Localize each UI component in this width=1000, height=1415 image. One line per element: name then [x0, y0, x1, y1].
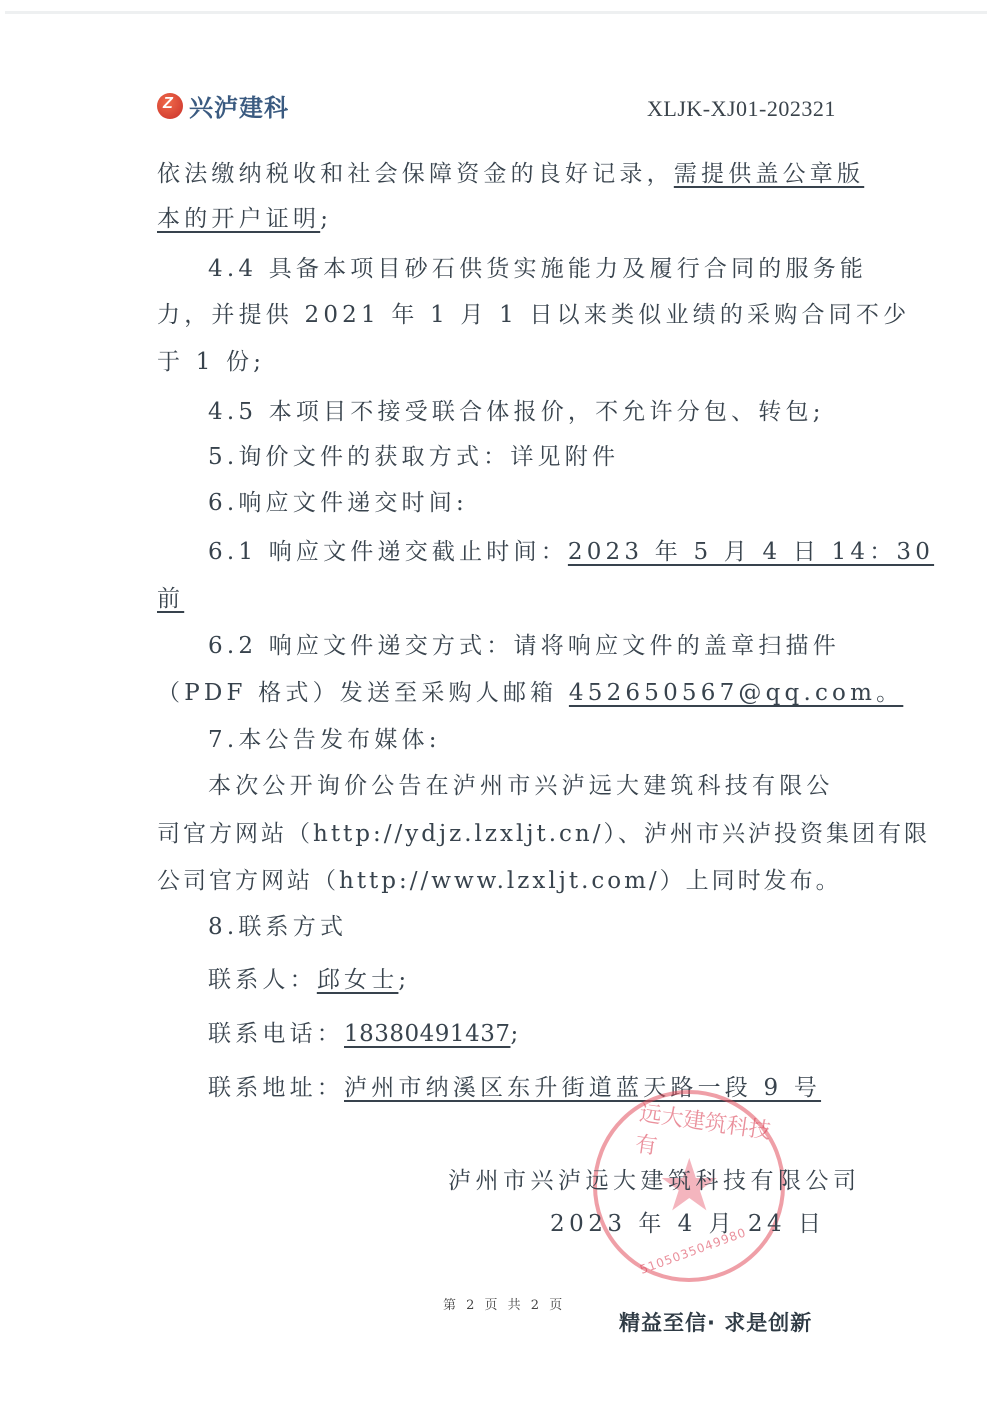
- contact-phone: 联系电话：18380491437;: [208, 1015, 522, 1048]
- deadline-text: 2023 年 5 月 4 日 14：30: [568, 539, 934, 565]
- footer-slogan: 精益至信· 求是创新: [619, 1307, 812, 1337]
- contact-person-value: 邱女士: [317, 967, 399, 993]
- section-7: 7.本公告发布媒体:: [208, 721, 441, 754]
- section-7-line2: 司官方网站（http://ydjz.lzxljt.cn/）、泸州市兴泸投资集团有…: [157, 815, 930, 848]
- text: ;: [320, 206, 332, 232]
- section-8: 8.联系方式: [208, 908, 347, 941]
- text: （PDF 格式）发送至采购人邮箱: [157, 680, 569, 706]
- body-line: 依法缴纳税收和社会保障资金的良好记录，需提供盖公章版: [157, 155, 864, 188]
- clause-6-2-line2: （PDF 格式）发送至采购人邮箱 452650567@qq.com。: [157, 674, 903, 707]
- document-code: XLJK-XJ01-202321: [647, 96, 836, 122]
- label: 联系电话：: [208, 1021, 344, 1047]
- signature-company: 泸州市兴泸远大建筑科技有限公司: [448, 1162, 861, 1195]
- section-6: 6.响应文件递交时间:: [208, 484, 468, 517]
- underlined-text: 本的开户证明: [157, 206, 320, 232]
- page-number: 第 2 页 共 2 页: [443, 1294, 565, 1313]
- text: ;: [510, 1021, 522, 1047]
- email-text: 452650567@qq.com。: [569, 680, 903, 706]
- clause-4-4-line2: 力，并提供 2021 年 1 月 1 日以来类似业绩的采购合同不少: [157, 296, 910, 329]
- contact-phone-value: 18380491437: [344, 1021, 510, 1047]
- label: 联系人：: [208, 967, 317, 993]
- deadline-text: 前: [157, 586, 184, 612]
- body-line: 本的开户证明;: [157, 200, 332, 233]
- contact-address-value: 泸州市纳溪区东升街道蓝天路一段 9 号: [344, 1075, 821, 1101]
- contact-address: 联系地址：泸州市纳溪区东升街道蓝天路一段 9 号: [208, 1069, 821, 1102]
- contact-person: 联系人：邱女士;: [208, 961, 410, 994]
- section-5: 5.询价文件的获取方式：详见附件: [208, 438, 619, 471]
- section-7-line1: 本次公开询价公告在泸州市兴泸远大建筑科技有限公: [208, 767, 834, 800]
- label: 联系地址：: [208, 1075, 344, 1101]
- signature-date: 2023 年 4 月 24 日: [550, 1205, 826, 1238]
- clause-4-4-line1: 4.4 具备本项目砂石供货实施能力及履行合同的服务能: [208, 250, 867, 283]
- clause-6-1-cont: 前: [157, 580, 184, 613]
- company-logo: 兴泸建科: [157, 88, 289, 123]
- logo-text: 兴泸建科: [189, 88, 289, 123]
- text: 依法缴纳税收和社会保障资金的良好记录，: [157, 161, 674, 187]
- text: ;: [398, 967, 410, 993]
- scan-edge-line: [5, 11, 987, 14]
- section-7-line3: 公司官方网站（http://www.lzxljt.com/）上同时发布。: [157, 862, 842, 895]
- clause-6-2-line1: 6.2 响应文件递交方式：请将响应文件的盖章扫描件: [208, 627, 840, 660]
- logo-emblem-icon: [157, 93, 183, 119]
- clause-4-5: 4.5 本项目不接受联合体报价，不允许分包、转包;: [208, 393, 825, 426]
- clause-4-4-line3: 于 1 份;: [157, 343, 265, 376]
- clause-6-1: 6.1 响应文件递交截止时间：2023 年 5 月 4 日 14：30: [208, 533, 934, 566]
- underlined-text: 需提供盖公章版: [674, 161, 864, 187]
- text: 6.1 响应文件递交截止时间：: [208, 539, 568, 565]
